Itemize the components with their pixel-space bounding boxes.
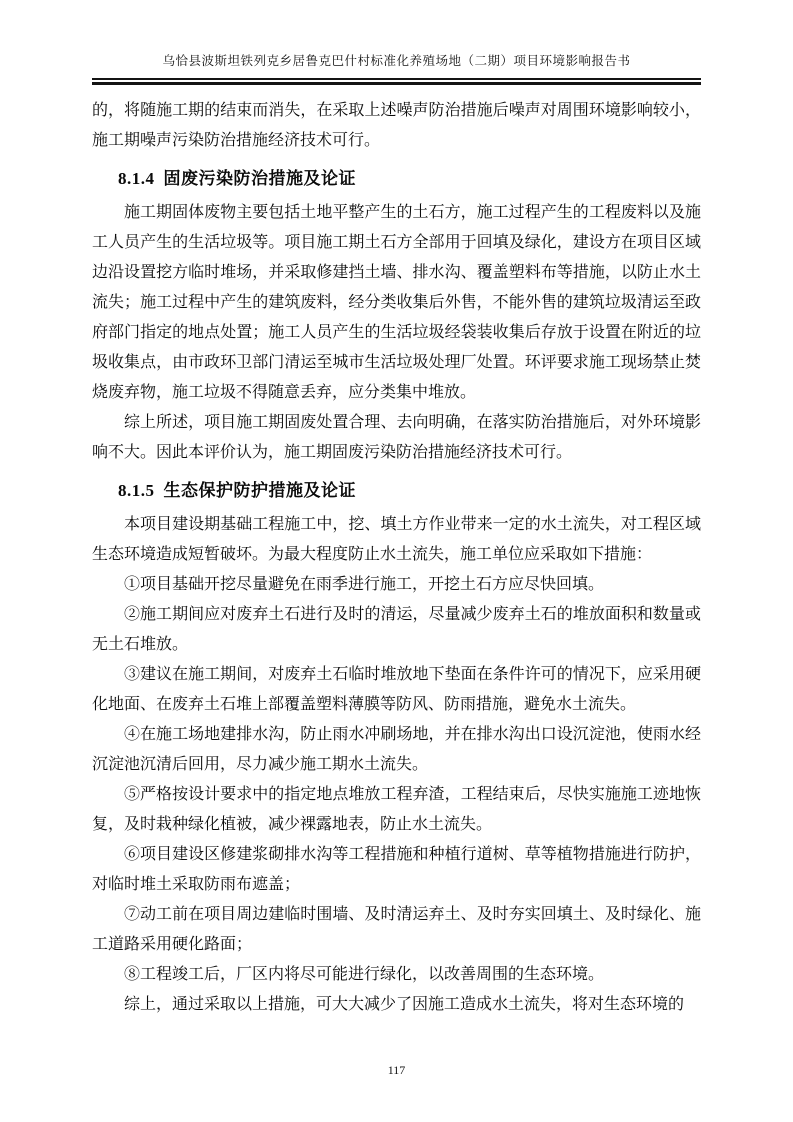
report-page: 乌恰县波斯坦铁列克乡居鲁克巴什村标准化养殖场地（二期）项目环境影响报告书 的，将… bbox=[0, 0, 793, 1122]
paragraph-ecology-summary: 综上，通过采取以上措施，可大大减少了因施工造成水土流失，将对生态环境的 bbox=[92, 990, 701, 1020]
paragraph-solid-waste-conclusion: 综上所述，项目施工期固废处置合理、去向明确，在落实防治措施后，对外环境影响不大。… bbox=[92, 408, 701, 468]
heading-8-1-4: 8.1.4固废污染防治措施及论证 bbox=[92, 164, 701, 194]
heading-title: 生态保护防护措施及论证 bbox=[164, 481, 357, 500]
measure-item-5: ⑤严格按设计要求中的指定地点堆放工程弃渣，工程结束后，尽快实施施工迹地恢复，及时… bbox=[92, 780, 701, 840]
page-header-title: 乌恰县波斯坦铁列克乡居鲁克巴什村标准化养殖场地（二期）项目环境影响报告书 bbox=[92, 52, 701, 70]
measure-item-6: ⑥项目建设区修建浆砌排水沟等工程措施和种植行道树、草等植物措施进行防护，对临时堆… bbox=[92, 840, 701, 900]
paragraph-ecology-intro: 本项目建设期基础工程施工中，挖、填土方作业带来一定的水土流失，对工程区域生态环境… bbox=[92, 510, 701, 570]
paragraph-noise-conclusion: 的，将随施工期的结束而消失，在采取上述噪声防治措施后噪声对周围环境影响较小，施工… bbox=[92, 96, 701, 156]
measure-item-3: ③建议在施工期间，对废弃土石临时堆放地下垫面在条件许可的情况下，应采用硬化地面、… bbox=[92, 660, 701, 720]
document-body: 的，将随施工期的结束而消失，在采取上述噪声防治措施后噪声对周围环境影响较小，施工… bbox=[92, 96, 701, 1020]
heading-number: 8.1.4 bbox=[118, 169, 155, 188]
measure-item-2: ②施工期间应对废弃土石进行及时的清运，尽量减少废弃土石的堆放面积和数量或无土石堆… bbox=[92, 600, 701, 660]
measure-item-4: ④在施工场地建排水沟，防止雨水冲刷场地，并在排水沟出口设沉淀池，使雨水经沉淀池沉… bbox=[92, 720, 701, 780]
measure-item-8: ⑧工程竣工后，厂区内将尽可能进行绿化，以改善周围的生态环境。 bbox=[92, 960, 701, 990]
heading-number: 8.1.5 bbox=[118, 481, 155, 500]
heading-title: 固废污染防治措施及论证 bbox=[164, 169, 357, 188]
page-number: 117 bbox=[0, 1062, 793, 1078]
paragraph-solid-waste-measures: 施工期固体废物主要包括土地平整产生的土石方，施工过程产生的工程废料以及施工人员产… bbox=[92, 198, 701, 408]
heading-8-1-5: 8.1.5生态保护防护措施及论证 bbox=[92, 476, 701, 506]
header-rule-bottom bbox=[92, 82, 701, 85]
measure-item-1: ①项目基础开挖尽量避免在雨季进行施工，开挖土石方应尽快回填。 bbox=[92, 570, 701, 600]
measure-item-7: ⑦动工前在项目周边建临时围墙、及时清运弃土、及时夯实回填土、及时绿化、施工道路采… bbox=[92, 900, 701, 960]
header-rule-top bbox=[92, 78, 701, 80]
